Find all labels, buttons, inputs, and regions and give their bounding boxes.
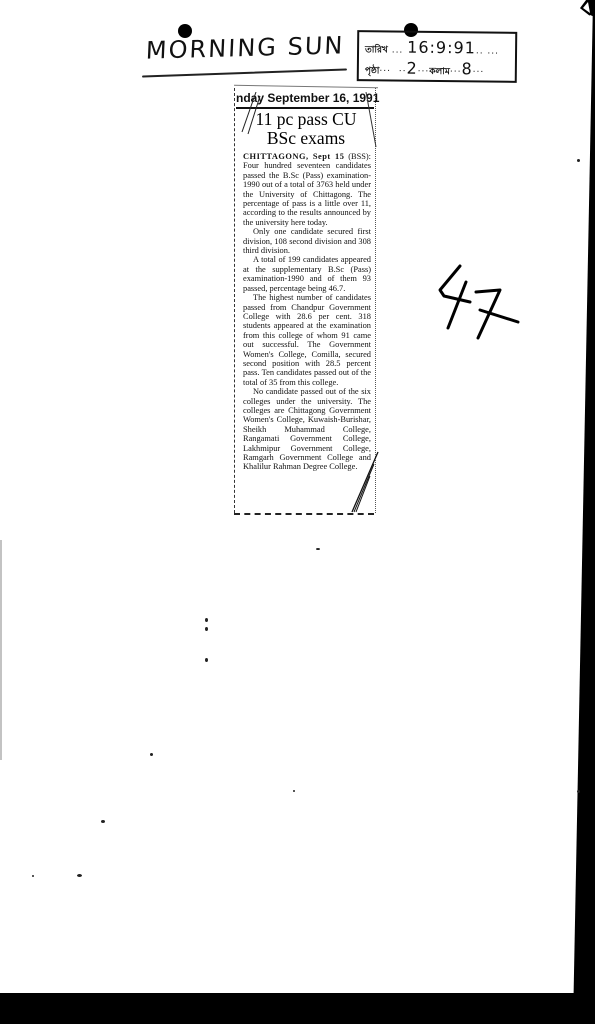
article-paragraph: No candidate passed out of the six colle… xyxy=(243,387,371,472)
stamp-column-value: 8 xyxy=(461,59,472,78)
dots: ··· xyxy=(450,67,462,77)
dots: .. ... xyxy=(476,46,499,56)
dots: ··· ·· xyxy=(379,66,406,76)
page-corner-curl-icon xyxy=(578,0,595,18)
clipping-dateline: nday September 16, 1991 xyxy=(236,91,376,105)
scan-right-border xyxy=(571,0,595,1024)
scan-speck xyxy=(316,548,320,550)
newspaper-name-underline xyxy=(142,68,347,77)
scan-speck xyxy=(577,159,580,162)
article-paragraph: The highest number of candidates passed … xyxy=(243,293,371,387)
stamp-page-value: 2 xyxy=(406,59,417,78)
headline-line-2: BSc exams xyxy=(240,129,372,148)
article-paragraph: CHITTAGONG, Sept 15 (BSS): Four hundred … xyxy=(243,152,371,227)
stamp-date-value: 16:9:91 xyxy=(407,38,476,58)
scan-speck xyxy=(77,874,82,877)
scan-speck xyxy=(205,627,208,631)
dots: ... xyxy=(388,45,407,55)
scan-speck xyxy=(577,790,580,793)
stamp-date-row: তারিখ ... 16:9:91 .. ... xyxy=(365,37,511,59)
stamp-page-label: পৃষ্ঠা xyxy=(365,63,380,78)
dots: ··· xyxy=(473,67,485,77)
scan-speck xyxy=(205,618,208,622)
headline-line-1: 11 pc pass CU xyxy=(240,110,372,129)
stamp-date-label: তারিখ xyxy=(365,42,388,57)
scan-left-shadow xyxy=(0,540,2,760)
archive-stamp: তারিখ ... 16:9:91 .. ... পৃষ্ঠা ··· ·· 2… xyxy=(357,30,518,83)
clipping-body: CHITTAGONG, Sept 15 (BSS): Four hundred … xyxy=(243,152,371,472)
article-paragraph: Only one candidate secured first divisio… xyxy=(243,227,371,255)
dots: ··· xyxy=(418,67,430,77)
clipping-headline: 11 pc pass CU BSc exams xyxy=(240,110,372,148)
newspaper-name-handwritten: MORNING SUN xyxy=(145,31,345,64)
stamp-column-label: কলাম xyxy=(429,64,450,79)
svg-text:47: 47 xyxy=(432,262,434,263)
scan-speck xyxy=(101,820,105,823)
scan-speck xyxy=(150,753,153,756)
punch-hole-left xyxy=(178,24,192,38)
handwritten-folio-number: 47 xyxy=(432,262,532,342)
scan-speck xyxy=(32,875,34,877)
stamp-page-row: পৃষ্ঠা ··· ·· 2 ··· কলাম ··· 8 ··· xyxy=(365,58,511,80)
article-dateline-place: CHITTAGONG, Sept 15 xyxy=(243,152,344,161)
scan-speck xyxy=(205,658,208,662)
scan-speck xyxy=(293,790,295,792)
article-paragraph-text: (BSS): Four hundred seventeen candidates… xyxy=(243,152,371,227)
clipping-bottom-edge xyxy=(234,510,374,515)
article-paragraph: A total of 199 candidates appeared at th… xyxy=(243,255,371,293)
scan-bottom-border xyxy=(0,993,595,1024)
